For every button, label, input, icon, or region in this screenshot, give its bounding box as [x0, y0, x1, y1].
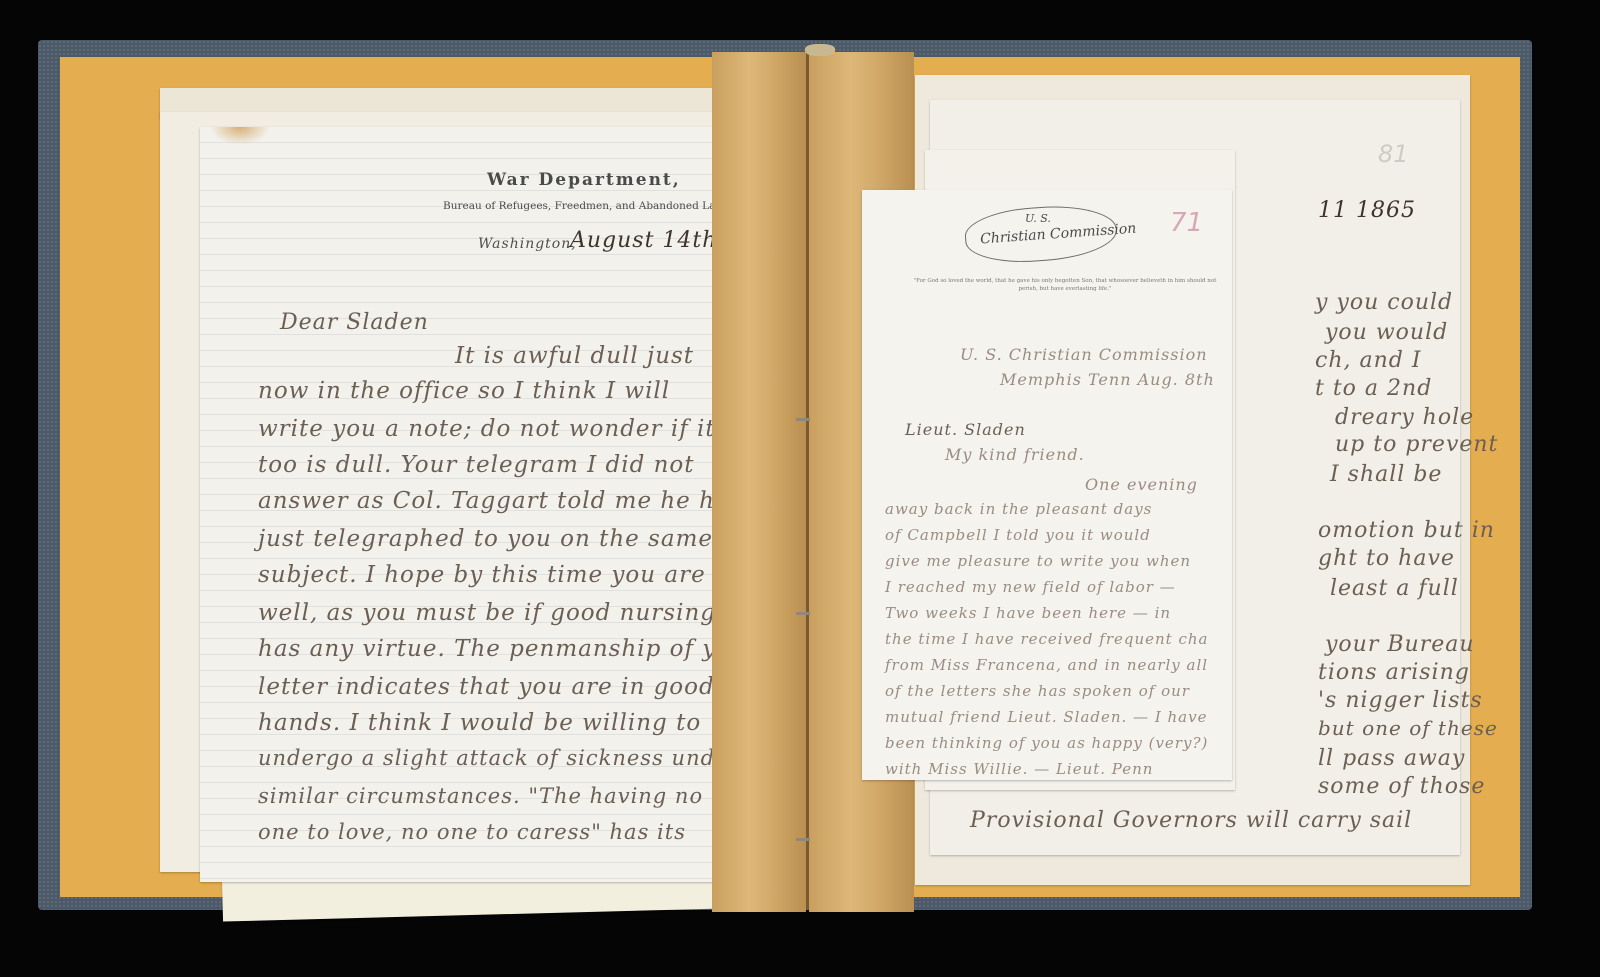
letter-line: It is awful dull just [455, 343, 694, 369]
letter-line: letter indicates that you are in good [258, 674, 715, 700]
letter-line: dreary hole [1335, 405, 1474, 430]
letter-line: from Miss Francena, and in nearly all [885, 656, 1208, 674]
pencil-page-number: 81 [1378, 140, 1409, 168]
letter-line: hands. I think I would be willing to [258, 710, 701, 736]
letter-line: but one of these [1318, 716, 1498, 740]
letter-line: the time I have received frequent cha [885, 630, 1209, 648]
letter-heading-line: Memphis Tenn Aug. 8th [1000, 370, 1215, 389]
letter-line: one to love, no one to caress" has its [258, 820, 686, 844]
letter-line: y you could [1315, 290, 1453, 315]
letterhead-subtitle: Bureau of Refugees, Freedmen, and Abando… [443, 200, 738, 212]
letter-line: with Miss Willie. — Lieut. Penn [885, 760, 1153, 778]
letter-line: of Campbell I told you it would [885, 526, 1151, 544]
letter-line: tions arising [1318, 660, 1470, 685]
letter-line: now in the office so I think I will [258, 378, 670, 404]
letter-line: Two weeks I have been here — in [885, 604, 1171, 622]
letter-line: you would [1325, 320, 1448, 345]
letter-line: write you a note; do not wonder if it [258, 416, 716, 442]
letter-line: I reached my new field of labor — [885, 578, 1176, 596]
binding-thread-tuft [805, 44, 835, 56]
letter-greeting: My kind friend. [945, 445, 1085, 464]
letter-line: some of those [1318, 774, 1485, 799]
letter-line: well, as you must be if good nursing [258, 600, 716, 626]
letter-line: One evening [1085, 475, 1198, 494]
letter-line: mutual friend Lieut. Sladen. — I have [885, 708, 1207, 726]
letter-line: ll pass away [1318, 746, 1465, 771]
letter-line: subject. I hope by this time you are [258, 562, 706, 588]
letter-line: just telegraphed to you on the same [258, 526, 713, 552]
stain [210, 127, 270, 145]
letter-line: your Bureau [1325, 632, 1475, 657]
letter-line: omotion but in [1318, 518, 1495, 543]
banner-top-text: U. S. [1025, 212, 1051, 225]
letterhead-title: War Department, [487, 170, 681, 190]
letter-line: Provisional Governors will carry sail [970, 808, 1412, 833]
letterhead-place: Washington, [478, 236, 577, 252]
binding-stitch [796, 838, 810, 841]
binding-stitch [796, 418, 810, 421]
binding-stitch [796, 612, 810, 615]
letter-line: answer as Col. Taggart told me he had [258, 488, 745, 514]
letter-line: has any virtue. The penmanship of your [258, 636, 759, 662]
letter-line: up to prevent [1335, 432, 1498, 457]
letter-salutation: Dear Sladen [280, 310, 429, 335]
back-letter-date: 11 1865 [1318, 198, 1416, 223]
letter-line: away back in the pleasant days [885, 500, 1152, 518]
letter-line: undergo a slight attack of sickness unde… [258, 746, 740, 770]
letter-heading-line: U. S. Christian Commission [960, 345, 1208, 364]
letter-line: give me pleasure to write you when [885, 552, 1191, 570]
glassine-hinge-left [712, 52, 806, 912]
letter-line: I shall be [1330, 462, 1442, 487]
letter-salutation: Lieut. Sladen [905, 420, 1026, 439]
letter-line: of the letters she has spoken of our [885, 682, 1190, 700]
letter-line: similar circumstances. "The having no [258, 784, 703, 808]
letter-line: too is dull. Your telegram I did not [258, 452, 695, 478]
pencil-page-number: 71 [1170, 208, 1203, 238]
letter-line: least a full [1330, 576, 1459, 601]
letter-line: ch, and I [1315, 348, 1422, 373]
letter-line: ght to have [1318, 546, 1455, 571]
scripture-verse: "For God so loved the world, that he gav… [905, 277, 1225, 293]
letter-line: 's nigger lists [1318, 688, 1483, 713]
letter-line: been thinking of you as happy (very?) [885, 734, 1208, 752]
letter-line: t to a 2nd [1315, 376, 1432, 401]
book-gutter [806, 48, 809, 910]
